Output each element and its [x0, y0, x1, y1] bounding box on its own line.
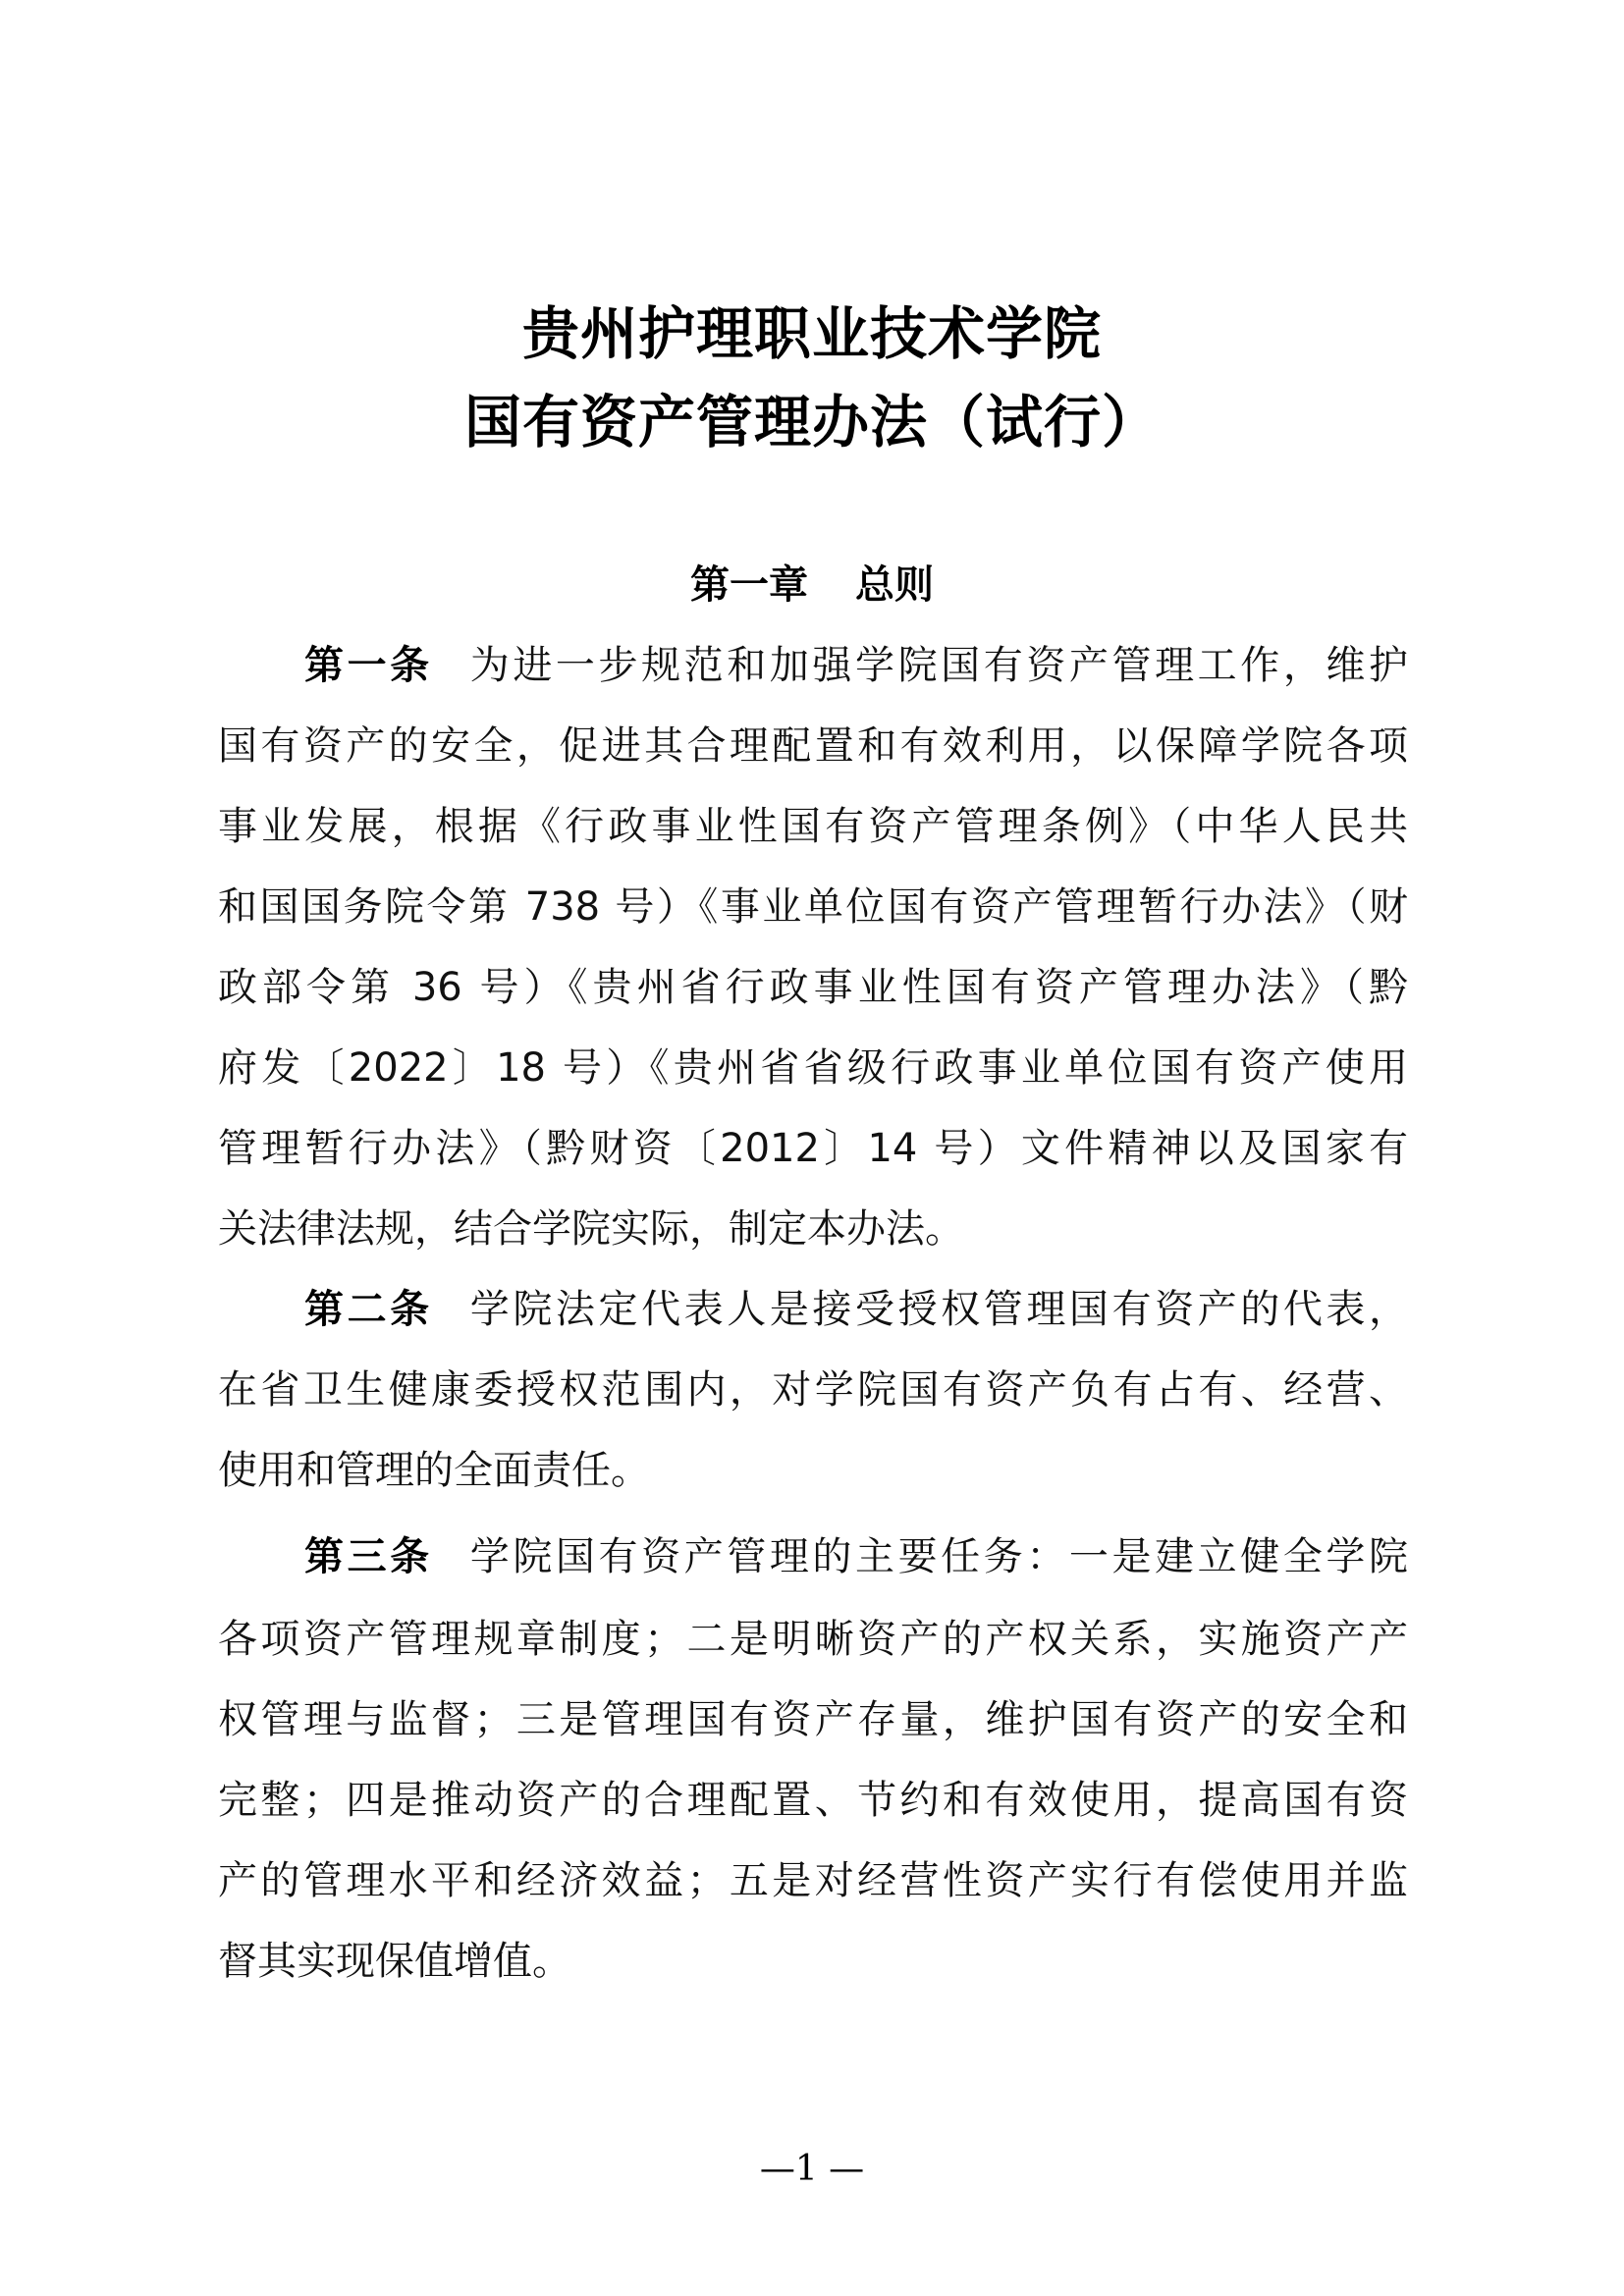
article-2-line-2: 在省卫生健康委授权范围内，对学院国有资产负有占有、经营、: [218, 1361, 1408, 1419]
article-2-line-1: 第二条学院法定代表人是接受授权管理国有资产的代表，: [304, 1280, 1408, 1339]
chapter-heading: 第一章总则: [0, 558, 1624, 613]
chapter-number: 第一章: [690, 558, 808, 613]
article-1-line-7: 管理暂行办法》（黔财资〔2012〕14 号）文件精神以及国家有: [218, 1119, 1408, 1178]
article-3-line-3: 权管理与监督；三是管理国有资产存量，维护国有资产的安全和: [218, 1690, 1408, 1749]
article-1-line-8: 关法律法规，结合学院实际，制定本办法。: [218, 1200, 1408, 1258]
article-1-line-6: 府发〔2022〕18 号）《贵州省省级行政事业单位国有资产使用: [218, 1039, 1408, 1097]
page-number: —1 —: [0, 2148, 1624, 2191]
article-3-line-5: 产的管理水平和经济效益；五是对经营性资产实行有偿使用并监: [218, 1851, 1408, 1910]
document-title-line-1: 贵州护理职业技术学院: [0, 294, 1624, 373]
document-title-line-2: 国有资产管理办法（试行）: [0, 383, 1624, 461]
article-1-line-5: 政部令第 36 号）《贵州省行政事业性国有资产管理办法》（黔: [218, 958, 1408, 1017]
chapter-name: 总则: [855, 558, 934, 613]
document-page: 贵州护理职业技术学院 国有资产管理办法（试行） 第一章总则 第一条为进一步规范和…: [0, 0, 1624, 2296]
article-1-line-2: 国有资产的安全，促进其合理配置和有效利用，以保障学院各项: [218, 717, 1408, 775]
article-2-line-3: 使用和管理的全面责任。: [218, 1441, 1408, 1500]
article-3-line-6: 督其实现保值增值。: [218, 1932, 1408, 1991]
article-1-line-1: 第一条为进一步规范和加强学院国有资产管理工作，维护: [304, 636, 1408, 695]
article-3-line-2: 各项资产管理规章制度；二是明晰资产的产权关系，实施资产产: [218, 1610, 1408, 1669]
article-3-label: 第三条: [304, 1534, 433, 1579]
article-2-label: 第二条: [304, 1287, 433, 1332]
article-1-label: 第一条: [304, 643, 433, 688]
article-3-line-4: 完整；四是推动资产的合理配置、节约和有效使用，提高国有资: [218, 1771, 1408, 1830]
article-3-line-1: 第三条学院国有资产管理的主要任务：一是建立健全学院: [304, 1527, 1408, 1586]
article-1-line-3: 事业发展，根据《行政事业性国有资产管理条例》（中华人民共: [218, 797, 1408, 856]
article-1-line-4: 和国国务院令第 738 号）《事业单位国有资产管理暂行办法》（财: [218, 878, 1408, 936]
